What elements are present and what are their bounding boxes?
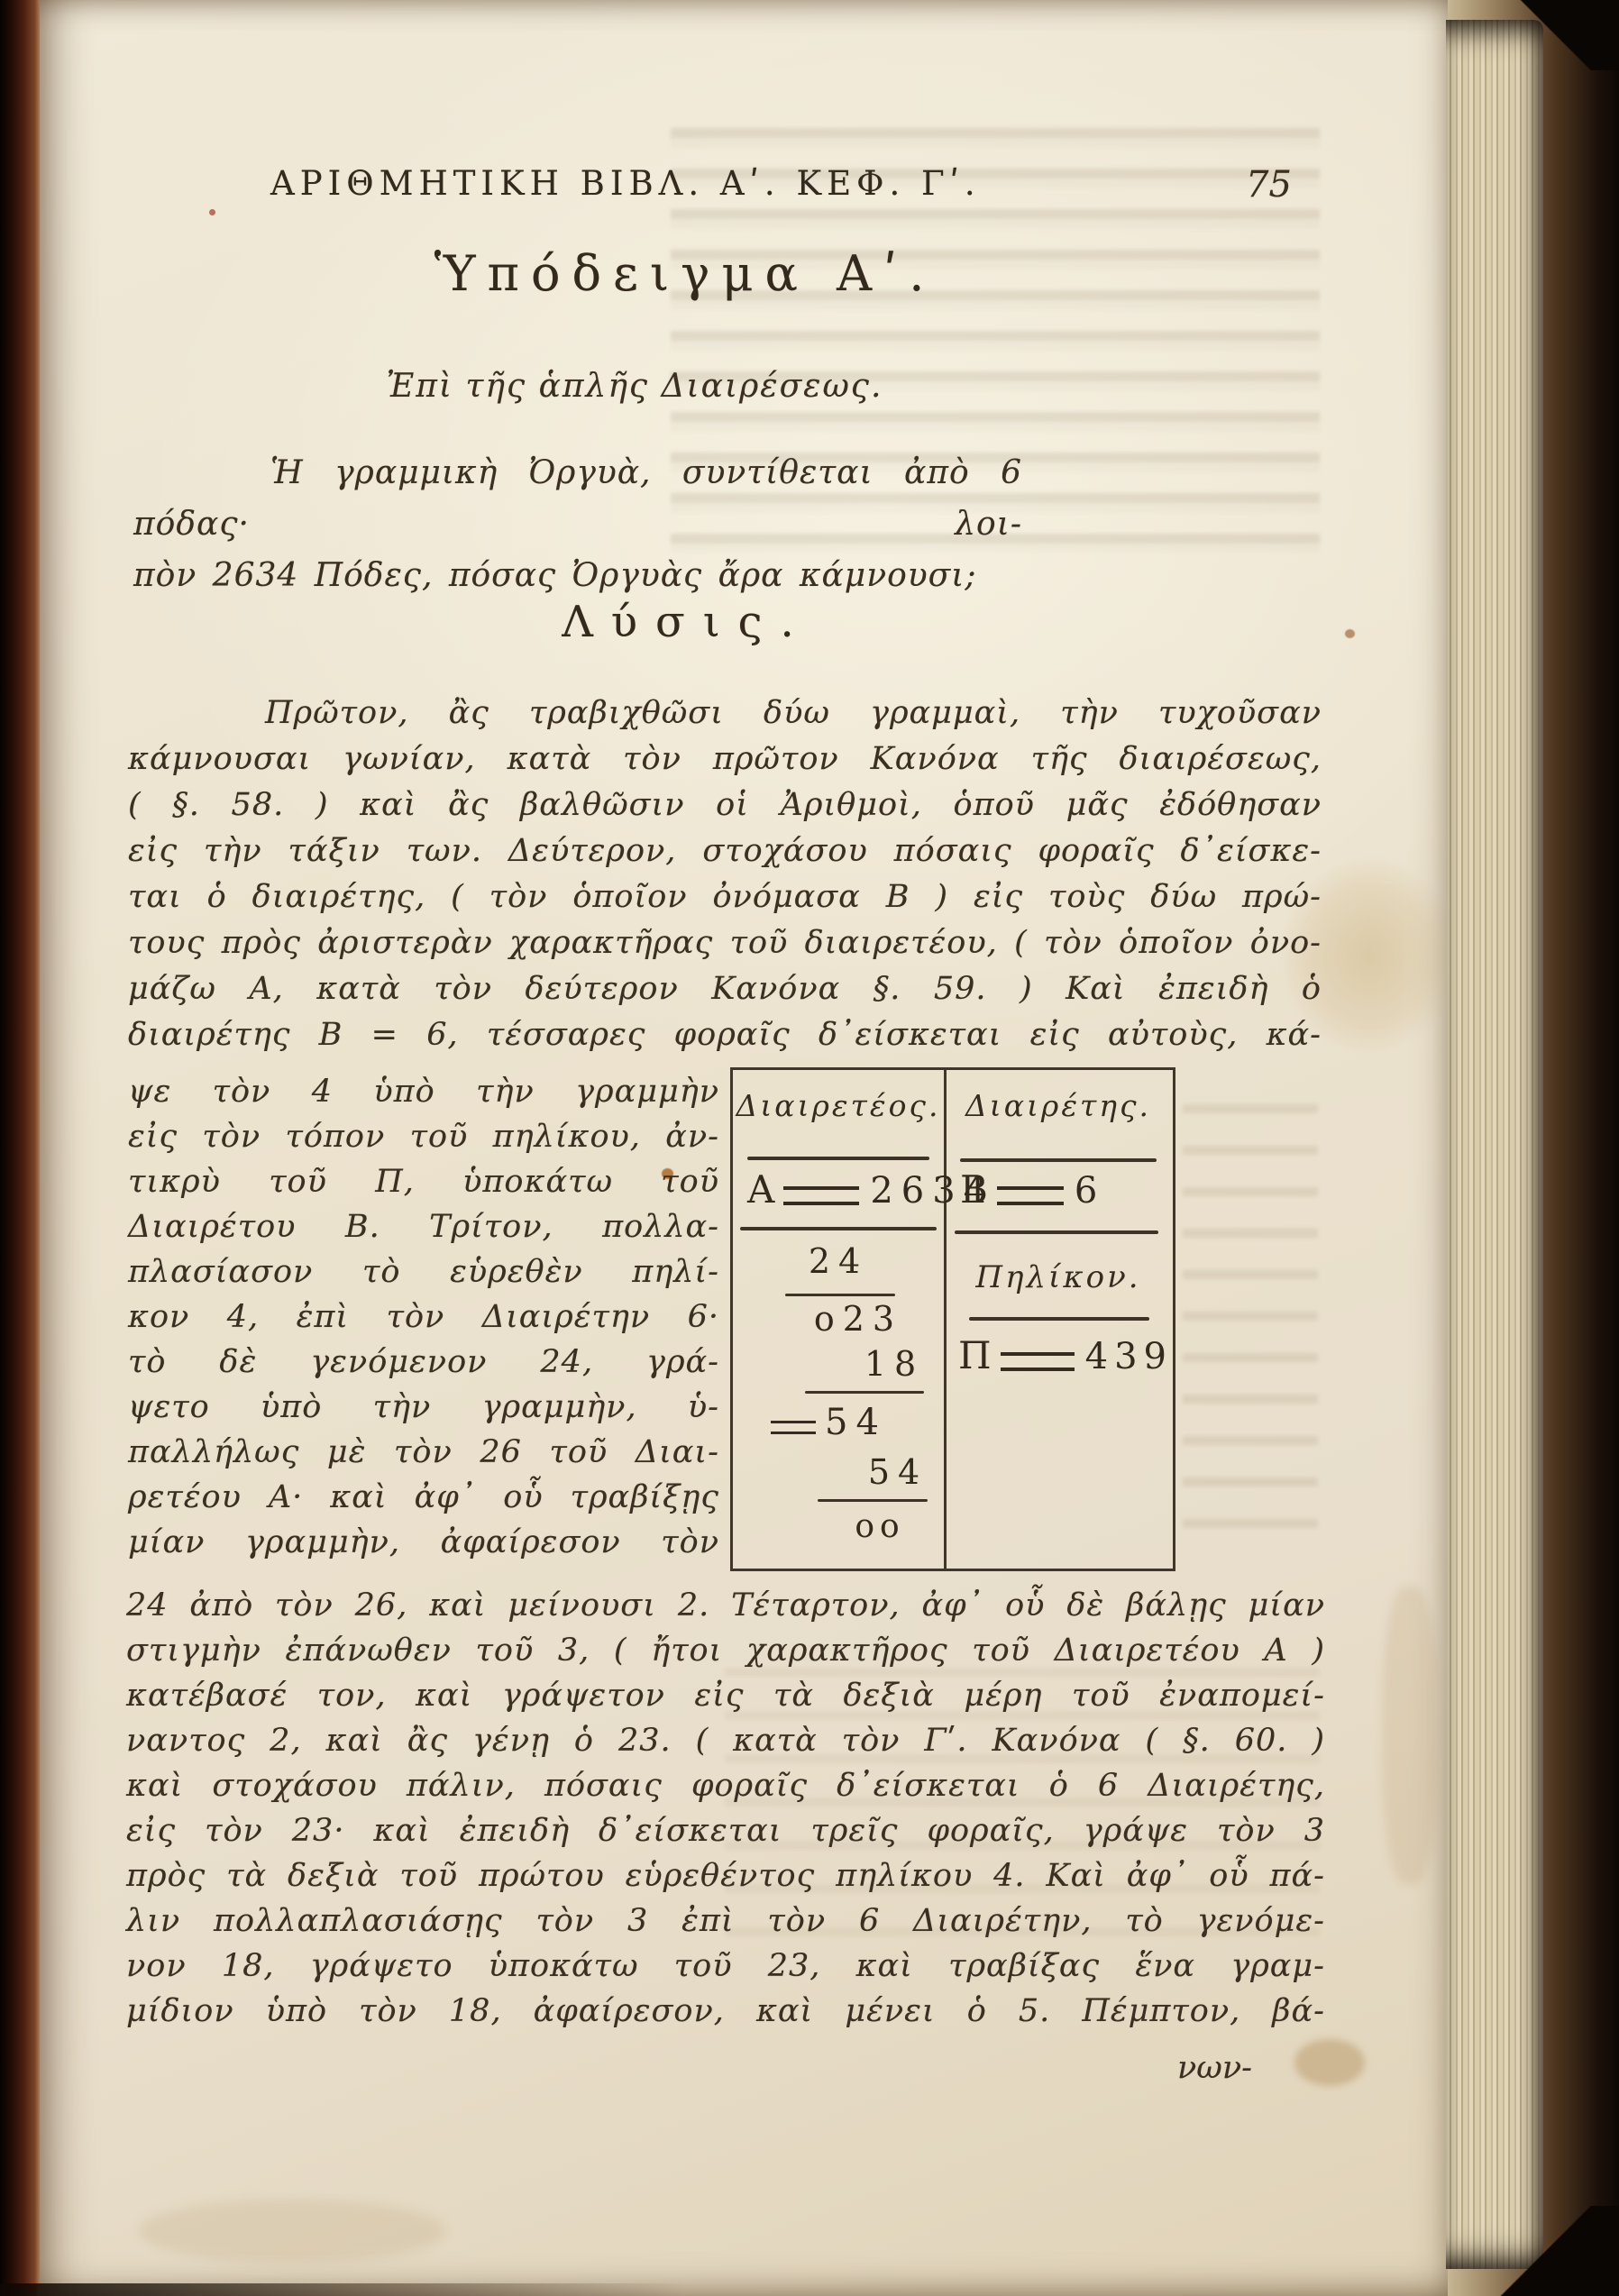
text-line: πὸν 2634 Πόδες, πόσας Ὀργυὰς ἄρα κάμνουσ… (133, 550, 1022, 601)
text-line: Διαιρέτου Β. Τρίτον, πολλα- (128, 1204, 719, 1249)
table-rule (818, 1499, 928, 1502)
page-edges-stack (1446, 20, 1543, 2269)
example-heading: Ὑπόδειγμα Αʹ. (0, 245, 1390, 302)
text-line: τους πρὸς ἀριστερὰν χαρακτῆρας τοῦ διαιρ… (128, 920, 1322, 966)
text-line: 24 ἀπὸ τὸν 26, καὶ μείνουσι 2. Τέταρτον,… (126, 1583, 1325, 1628)
quotient-equation: Π439 (958, 1333, 1173, 1377)
dark-corner-top-right (1502, 0, 1619, 70)
text-line: διαιρέτης Β = 6, τέσσαρες φοραῖς δ᾽είσκε… (128, 1012, 1322, 1058)
page-number: 75 (1246, 164, 1292, 206)
text-line: εἰς τὸν τόπον τοῦ πηλίκου, ἀν- (128, 1114, 719, 1159)
work-row: 54 (733, 1452, 1003, 1492)
sidenote-column: ψε τὸν 4 ὑπὸ τὴν γραμμὴν εἰς τὸν τόπον τ… (128, 1069, 719, 1565)
quotient-value: 439 (1085, 1336, 1173, 1377)
double-equals-glyph (997, 1186, 1064, 1205)
paper-stain (1294, 2039, 1365, 2086)
text-line: Πρῶτον, ἂς τραβιχθῶσι δύω γραμμαὶ, τὴν τ… (128, 691, 1322, 736)
divisor-equation: Β6 (960, 1167, 1105, 1212)
work-row: o23 (733, 1299, 964, 1339)
work-row: oo (733, 1508, 985, 1545)
text-line: τικρὺ τοῦ Π, ὑποκάτω τοῦ (128, 1159, 719, 1204)
paper-stain (209, 209, 215, 215)
text-line: στιγμὴν ἐπάνωθεν τοῦ 3, ( ἤτοι χαρακτῆρο… (126, 1628, 1325, 1673)
dividend-label: Α (747, 1167, 774, 1212)
work-value: 54 (825, 1402, 887, 1443)
showthrough-text-area (1183, 1104, 1318, 1537)
text-line: εἰς τὴν τάξιν των. Δεύτερον, στοχάσου πό… (128, 828, 1322, 874)
scanned-book-photo: { "page": { "running_header": "ΑΡΙΘΜΗΤΙΚ… (0, 0, 1619, 2296)
text-line: καὶ στοχάσου πάλιν, πόσαις φοραῖς δ᾽είσκ… (126, 1763, 1325, 1808)
text-line: ναντος 2, καὶ ἂς γένῃ ὁ 23. ( κατὰ τὸν Γ… (126, 1718, 1325, 1763)
paper-stain (1383, 1587, 1437, 1884)
dividend-column-header: Διαιρετέος. (733, 1088, 944, 1123)
work-row-with-rule: 54 (771, 1402, 887, 1443)
text-line: κατέβασέ τον, καὶ γράψετον εἰς τὰ δεξιὰ … (126, 1673, 1325, 1718)
paper-stain (139, 2200, 445, 2263)
table-rule (740, 1227, 937, 1230)
example-subheading: Ἐπὶ τῆς ἁπλῆς Διαιρέσεως. (0, 368, 1340, 405)
text-line: εἰς τὸν 23· καὶ ἐπειδὴ δ᾽είσκεται τρεῖς … (126, 1808, 1325, 1853)
quotient-header: Πηλίκον. (947, 1259, 1170, 1295)
dark-corner-bottom-right (1484, 2206, 1619, 2296)
double-rule-glyph (771, 1421, 816, 1434)
text-line: μάζω Α, κατὰ τὸν δεύτερον Κανόνα §. 59. … (128, 966, 1322, 1012)
quotient-label: Π (958, 1333, 992, 1377)
text-line: Ἡ γραμμικὴ Ὀργυὰ, συντίθεται ἀπὸ 6 πόδας… (133, 447, 1022, 550)
binding-edge (0, 0, 40, 2296)
division-table: Διαιρετέος. Α2634 24 o23 18 54 54 oo Δια… (730, 1067, 1175, 1571)
text-line: μίδιον ὑπὸ τὸν 18, ἀφαίρεσον, καὶ μένει … (126, 1989, 1325, 2034)
table-rule (960, 1158, 1157, 1162)
divisor-column-header: Διαιρέτης. (947, 1088, 1170, 1123)
text-line: τὸ δὲ γενόμενον 24, γρά- (128, 1340, 719, 1385)
text-line: νον 18, γράψετο ὑποκάτω τοῦ 23, καὶ τραβ… (126, 1944, 1325, 1989)
catchword: νων- (1177, 2050, 1252, 2086)
text-line: ψετο ὑπὸ τὴν γραμμὴν, ὑ- (128, 1385, 719, 1430)
text-line: μίαν γραμμὴν, ἀφαίρεσον τὸν (128, 1520, 719, 1565)
divisor-value: 6 (1075, 1170, 1105, 1212)
double-equals-glyph (1001, 1352, 1075, 1371)
table-rule (747, 1157, 929, 1160)
text-line: πλασίασον τὸ εὑρεθὲν πηλί- (128, 1249, 719, 1294)
bottom-shadow-edge (0, 2283, 685, 2296)
solution-paragraph: Πρῶτον, ἂς τραβιχθῶσι δύω γραμμαὶ, τὴν τ… (128, 691, 1322, 1058)
text-line: πρὸς τὰ δεξιὰ τοῦ πρώτου εὑρεθέντος πηλί… (126, 1853, 1325, 1898)
continuation-paragraph: 24 ἀπὸ τὸν 26, καὶ μείνουσι 2. Τέταρτον,… (126, 1583, 1325, 2034)
book-page: ΑΡΙΘΜΗΤΙΚΗ ΒΙΒΛ. Αʹ. ΚΕΦ. Γʹ. 75 Ὑπόδειγ… (40, 0, 1450, 2296)
text-line: κάμνουσαι γωνίαν, κατὰ τὸν πρῶτον Κανόνα… (128, 736, 1322, 782)
text-line: λιν πολλαπλασιάσῃς τὸν 3 ἐπὶ τὸν 6 Διαιρ… (126, 1898, 1325, 1944)
text-line: ( §. 58. ) καὶ ἂς βαλθῶσιν οἱ Ἀριθμοὶ, ὁ… (128, 782, 1322, 828)
running-header: ΑΡΙΘΜΗΤΙΚΗ ΒΙΒΛ. Αʹ. ΚΕΦ. Γʹ. (270, 164, 981, 203)
divisor-label: Β (960, 1167, 988, 1212)
text-line: ται ὁ διαιρέτης, ( τὸν ὁποῖον ὀνόμασα Β … (128, 874, 1322, 920)
text-line: κον 4, ἐπὶ τὸν Διαιρέτην 6· (128, 1294, 719, 1340)
text-line: παλλήλως μὲ τὸν 26 τοῦ Διαι- (128, 1430, 719, 1475)
solution-heading: Λύσις. (0, 597, 1392, 647)
text-line: ρετέου Α· καὶ ἀφ᾽ οὗ τραβίξῃς (128, 1475, 719, 1520)
table-rule (805, 1391, 924, 1394)
text-line: ψε τὸν 4 ὑπὸ τὴν γραμμὴν (128, 1069, 719, 1114)
problem-paragraph: Ἡ γραμμικὴ Ὀργυὰ, συντίθεται ἀπὸ 6 πόδας… (133, 447, 1022, 601)
table-rule (969, 1317, 1149, 1321)
table-rule (785, 1294, 895, 1296)
work-row: 24 (733, 1241, 944, 1281)
double-equals-glyph (783, 1186, 859, 1205)
table-rule (955, 1230, 1158, 1234)
dividend-equation: Α2634 (747, 1167, 994, 1212)
